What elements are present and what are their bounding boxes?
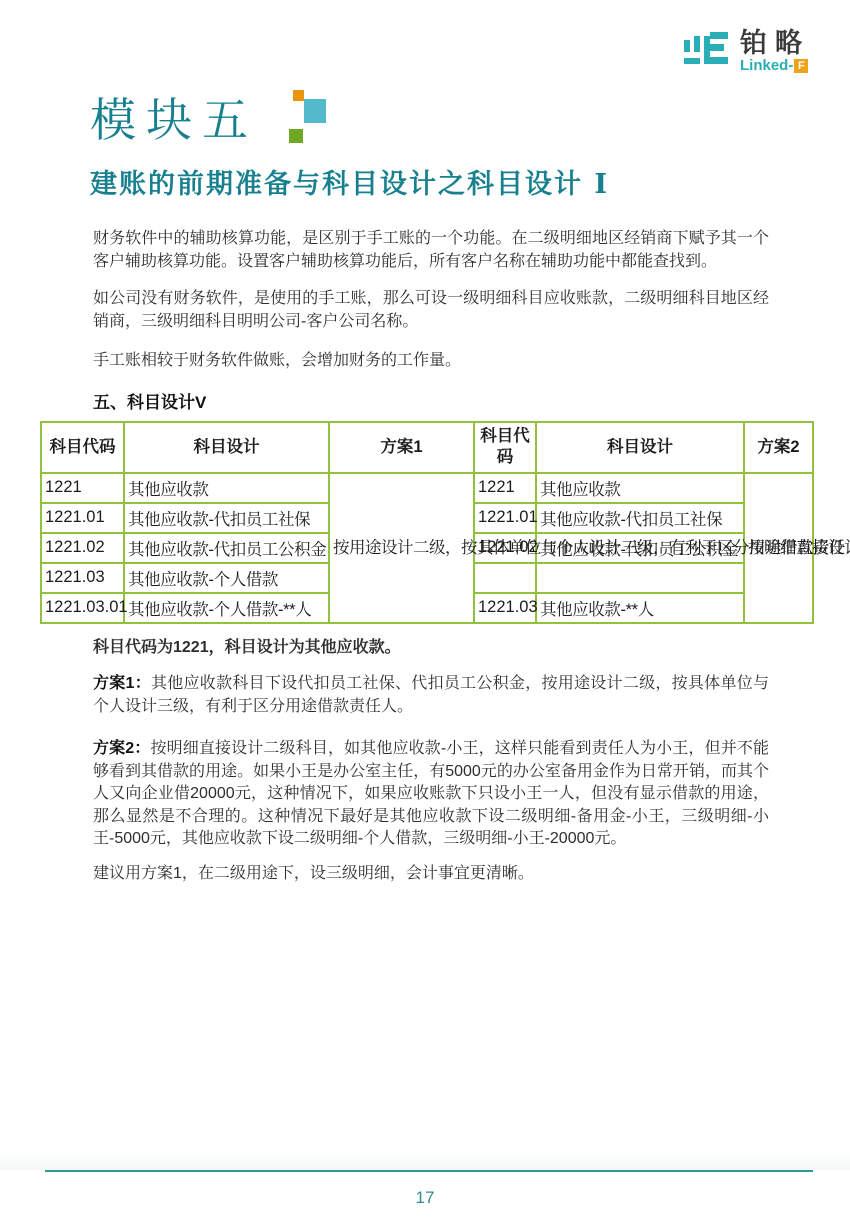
plan2-paragraph: 方案2：按明细直接设计二级科目，如其他应收款-小王，这样只能看到责任人为小王，但… — [93, 738, 769, 851]
deco-square-orange — [293, 90, 304, 101]
intro-paragraph-2: 如公司没有财务软件，是使用的手工账，那么可设一级明细科目应收账款，二级明细科目地… — [93, 288, 769, 333]
brand-name-cn: 铂略 — [740, 28, 810, 58]
col-header-design-left: 科目设计 — [124, 422, 329, 473]
design-cell: 其他应收款-代扣员工社保 — [124, 503, 329, 533]
code-cell: 1221.01 — [41, 503, 124, 533]
intro-paragraph-3: 手工账相较于财务软件做账，会增加财务的工作量。 — [93, 350, 769, 373]
brand-name-en-text: Linked- — [740, 58, 793, 74]
intro-paragraph-1: 财务软件中的辅助核算功能，是区别于手工账的一个功能。在二级明细地区经销商下赋予其… — [93, 228, 769, 273]
code-cell: 1221 — [474, 473, 536, 503]
design-cell: 其他应收款-代扣员工公积金 — [124, 533, 329, 563]
plan2-note-cell: 按明细直接设计二级科目 — [744, 473, 813, 623]
plan1-text: 其他应收款科目下设代扣员工社保、代扣员工公积金，按用途设计二级，按具体单位与个人… — [93, 675, 769, 715]
plan2-label: 方案2： — [93, 740, 150, 757]
col-header-code-right: 科目代码 — [474, 422, 536, 473]
brand-f-badge: F — [794, 59, 808, 73]
design-cell: 其他应收款-个人借款-**人 — [124, 593, 329, 623]
col-header-plan2: 方案2 — [744, 422, 813, 473]
code-cell: 1221.03 — [474, 593, 536, 623]
deco-square-green — [289, 129, 303, 143]
brand-icon — [684, 32, 730, 76]
table-row: 1221 其他应收款 按用途设计二级，按具体单位与个人设计三级，有利于区分用途借… — [41, 473, 813, 503]
plan1-paragraph: 方案1：其他应收款科目下设代扣员工社保、代扣员工公积金，按用途设计二级，按具体单… — [93, 673, 769, 718]
brand-text: 铂略 Linked-F — [740, 28, 810, 74]
code-cell: 1221.02 — [41, 533, 124, 563]
col-header-design-right: 科目设计 — [536, 422, 744, 473]
page-subtitle: 建账的前期准备与科目设计之科目设计 I — [90, 162, 609, 201]
plan1-label: 方案1： — [93, 675, 151, 692]
col-header-code-left: 科目代码 — [41, 422, 124, 473]
code-cell: 1221.03.01 — [41, 593, 124, 623]
plan1-note-cell: 按用途设计二级，按具体单位与个人设计三级，有利于区分用途借款责任人 — [329, 473, 474, 623]
col-header-plan1: 方案1 — [329, 422, 474, 473]
design-cell: 其他应收款-代扣员工公积金 — [536, 533, 744, 563]
page-number: 17 — [0, 1188, 850, 1208]
plan2-text: 按明细直接设计二级科目，如其他应收款-小王，这样只能看到责任人为小王，但并不能够… — [93, 740, 769, 847]
design-cell: 其他应收款-代扣员工社保 — [536, 503, 744, 533]
analysis-summary: 科目代码为1221，科目设计为其他应收款。 — [93, 637, 769, 660]
code-cell: 1221.01 — [474, 503, 536, 533]
recommendation-paragraph: 建议用方案1，在二级用途下，设三级明细，会计事宜更清晰。 — [93, 863, 769, 886]
deco-square-teal — [304, 99, 326, 123]
design-cell: 其他应收款 — [536, 473, 744, 503]
code-cell — [474, 563, 536, 593]
code-cell: 1221.03 — [41, 563, 124, 593]
footer-divider — [45, 1170, 813, 1172]
brand-logo: 铂略 Linked-F — [684, 28, 810, 76]
subject-design-table: 科目代码 科目设计 方案1 科目代码 科目设计 方案2 1221 其他应收款 按… — [40, 421, 814, 624]
design-cell — [536, 563, 744, 593]
design-cell: 其他应收款-**人 — [536, 593, 744, 623]
main-content: 财务软件中的辅助核算功能，是区别于手工账的一个功能。在二级明细地区经销商下赋予其… — [40, 228, 812, 885]
code-cell: 1221.02 — [474, 533, 536, 563]
brand-name-en: Linked-F — [740, 58, 808, 74]
design-cell: 其他应收款 — [124, 473, 329, 503]
section-heading: 五、科目设计V — [93, 391, 812, 414]
design-cell: 其他应收款-个人借款 — [124, 563, 329, 593]
code-cell: 1221 — [41, 473, 124, 503]
table-header-row: 科目代码 科目设计 方案1 科目代码 科目设计 方案2 — [41, 422, 813, 473]
footer-band — [0, 1152, 850, 1170]
module-title: 模块五 — [90, 92, 258, 148]
document-page: 铂略 Linked-F 模块五 建账的前期准备与科目设计之科目设计 I 财务软件… — [0, 0, 850, 1228]
